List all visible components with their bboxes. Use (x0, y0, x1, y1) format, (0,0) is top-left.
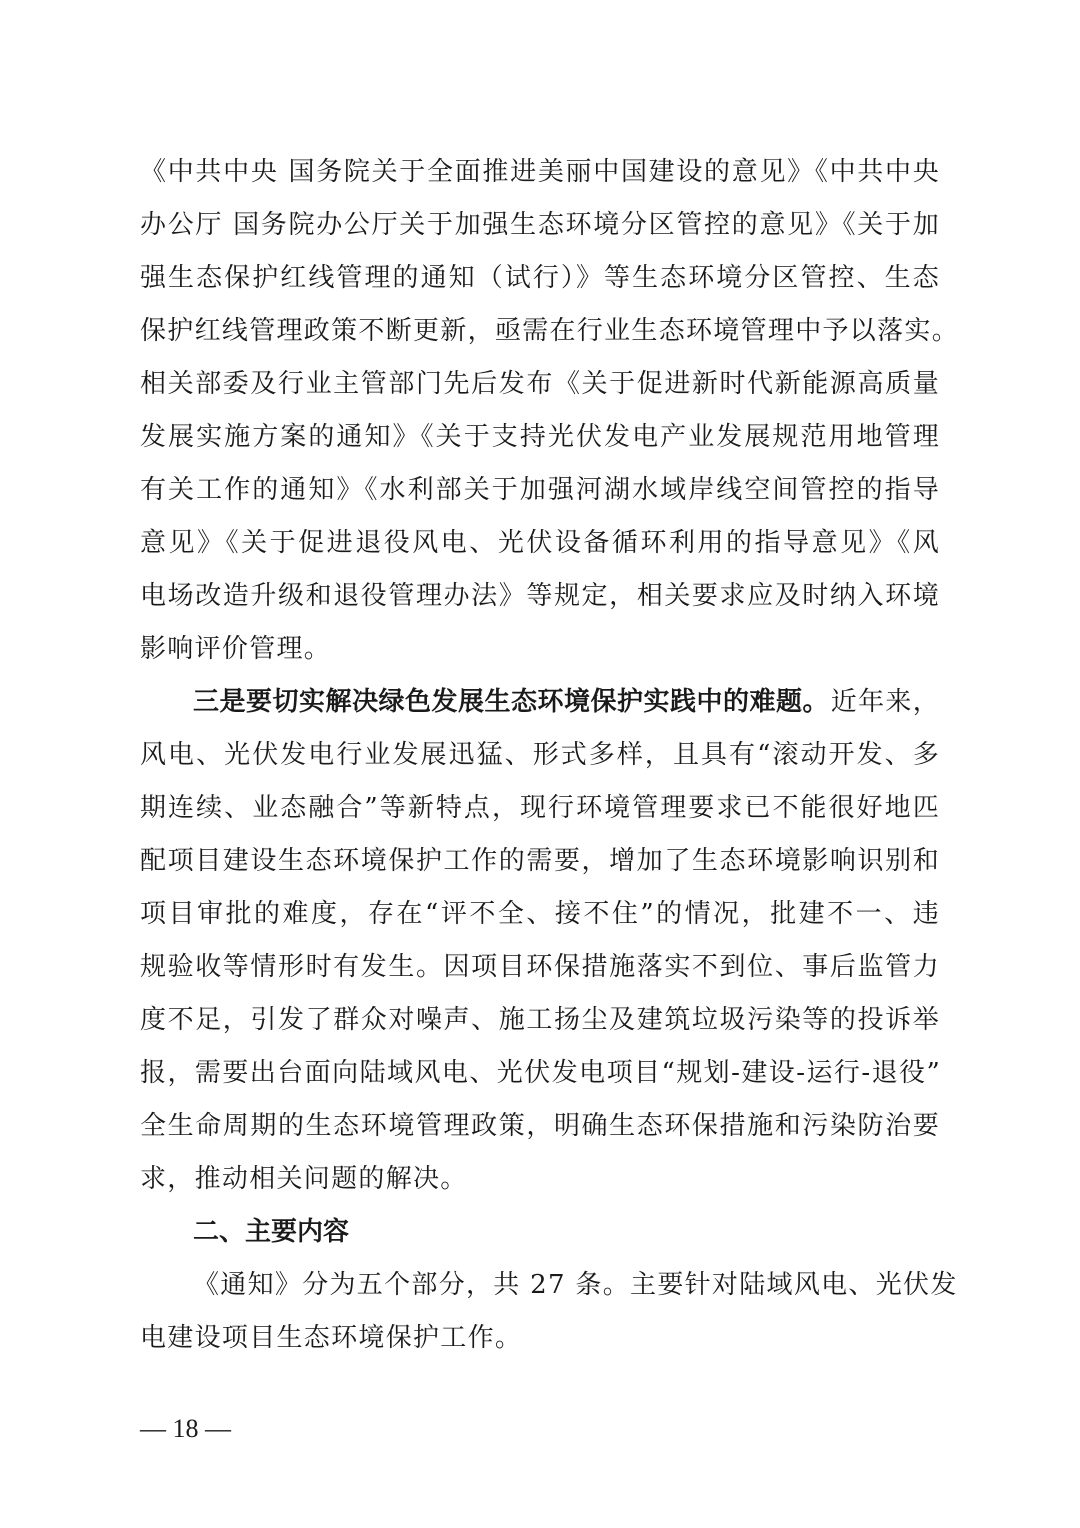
paragraph-line: 电建设项目生态环境保护工作。 (140, 1321, 940, 1355)
paragraph-line: 规验收等情形时有发生。因项目环保措施落实不到位、事后监管力 (140, 950, 940, 984)
paragraph-line: 《中共中央 国务院关于全面推进美丽中国建设的意见》《中共中央 (140, 155, 940, 189)
paragraph-line: 风电、光伏发电行业发展迅猛、形式多样，且具有“滚动开发、多 (140, 738, 940, 772)
paragraph-line: 保护红线管理政策不断更新，亟需在行业生态环境管理中予以落实。 (140, 314, 940, 348)
document-page: 《中共中央 国务院关于全面推进美丽中国建设的意见》《中共中央 办公厅 国务院办公… (0, 0, 1080, 1528)
paragraph-line: 强生态保护红线管理的通知（试行）》等生态环境分区管控、生态 (140, 261, 940, 295)
paragraph-line: 求，推动相关问题的解决。 (140, 1162, 940, 1196)
paragraph-line: 意见》《关于促进退役风电、光伏设备循环利用的指导意见》《风 (140, 526, 940, 560)
paragraph-line: 期连续、业态融合”等新特点，现行环境管理要求已不能很好地匹 (140, 791, 940, 825)
paragraph-line: 项目审批的难度，存在“评不全、接不住”的情况，批建不一、违 (140, 897, 940, 931)
bold-lead-sentence: 三是要切实解决绿色发展生态环境保护实践中的难题。 (193, 685, 829, 719)
paragraph-line: 影响评价管理。 (140, 632, 940, 666)
paragraph-line: 全生命周期的生态环境管理政策，明确生态环保措施和污染防治要 (140, 1109, 940, 1143)
paragraph-line: 有关工作的通知》《水利部关于加强河湖水域岸线空间管控的指导 (140, 473, 940, 507)
paragraph-line: 电场改造升级和退役管理办法》等规定，相关要求应及时纳入环境 (140, 579, 940, 613)
section-heading: 二、主要内容 (193, 1215, 940, 1249)
paragraph-line: 办公厅 国务院办公厅关于加强生态环境分区管控的意见》《关于加 (140, 208, 940, 242)
paragraph-line: 配项目建设生态环境保护工作的需要，增加了生态环境影响识别和 (140, 844, 940, 878)
paragraph-line: 发展实施方案的通知》《关于支持光伏发电产业发展规范用地管理 (140, 420, 940, 454)
page-number: — 18 — (140, 1412, 231, 1446)
paragraph-line: 度不足，引发了群众对噪声、施工扬尘及建筑垃圾污染等的投诉举 (140, 1003, 940, 1037)
paragraph-first-line: 三是要切实解决绿色发展生态环境保护实践中的难题。 近年来， (193, 685, 940, 719)
paragraph-line: 《通知》分为五个部分，共 27 条。主要针对陆域风电、光伏发 (193, 1268, 940, 1302)
paragraph-line: 相关部委及行业主管部门先后发布《关于促进新时代新能源高质量 (140, 367, 940, 401)
paragraph-line: 报，需要出台面向陆域风电、光伏发电项目“规划-建设-运行-退役” (140, 1056, 940, 1090)
paragraph-text: 近年来， (831, 685, 940, 719)
